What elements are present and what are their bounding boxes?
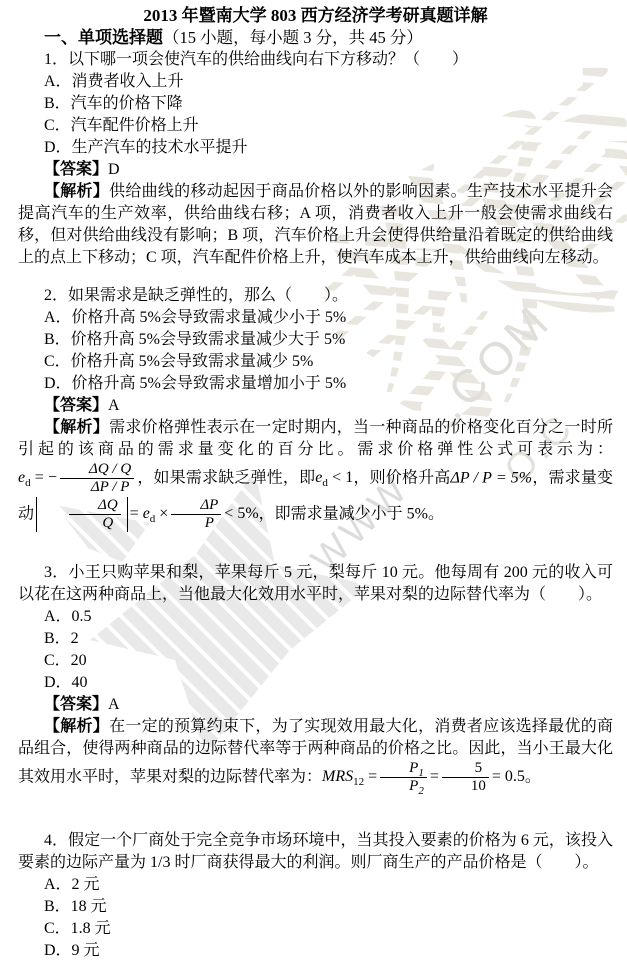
question-4-option-d: D．9 元: [18, 940, 613, 960]
fraction-denominator: 10: [442, 778, 489, 795]
question-2-answer: 【答案】A: [18, 395, 613, 417]
math-sub: d: [322, 478, 328, 490]
question-2-stem: 2．如果需求是缺乏弹性的，那么（ ）。: [18, 285, 613, 307]
fraction-denominator: P2: [380, 778, 427, 795]
question-3-option-c: C．20: [18, 650, 613, 672]
question-4-stem: 4．假定一个厂商处于完全竞争市场环境中，当其投入要素的价格为 6 元，该投入要素…: [18, 830, 613, 874]
question-4-option-c: C．1.8 元: [18, 918, 613, 940]
fraction: P1P2: [380, 760, 427, 796]
inline-math: ΔP / P = 5%: [451, 469, 533, 486]
question-3-answer: 【答案】A: [18, 694, 613, 716]
section-title: 一、单项选择题: [44, 28, 163, 47]
question-4: 4．假定一个厂商处于完全竞争市场环境中，当其投入要素的价格为 6 元，该投入要素…: [18, 830, 613, 960]
analysis-text: ，即需求量减少小于 5%。: [259, 505, 444, 522]
math-op: =: [368, 768, 377, 785]
fraction-denominator: Q: [69, 515, 121, 532]
question-4-option-b: B．18 元: [18, 896, 613, 918]
math-op: < 1: [332, 469, 353, 486]
question-3-stem: 3．小王只购苹果和梨，苹果每斤 5 元，梨每斤 10 元。他每周有 200 元的…: [18, 562, 613, 606]
math-op: ×: [159, 505, 168, 522]
answer-value: A: [108, 397, 120, 414]
question-1-stem: 1．以下哪一项会使汽车的供给曲线向右下方移动？（ ）: [18, 49, 613, 71]
document-page: 2013 年暨南大学 803 西方经济学考研真题详解 一、单项选择题（15 小题…: [0, 0, 627, 960]
question-1-option-a: A．消费者收入上升: [18, 71, 613, 93]
question-3: 3．小王只购苹果和梨，苹果每斤 5 元，梨每斤 10 元。他每周有 200 元的…: [18, 562, 613, 796]
question-1-option-c: C．汽车配件价格上升: [18, 115, 613, 137]
answer-value: A: [108, 696, 120, 713]
question-2-option-a: A．价格升高 5%会导致需求量减少小于 5%: [18, 307, 613, 329]
math-sub: 12: [353, 777, 364, 789]
question-2-option-d: D．价格升高 5%会导致需求量增加小于 5%: [18, 373, 613, 395]
math-sub: d: [25, 478, 31, 490]
section-heading: 一、单项选择题（15 小题，每小题 3 分，共 45 分）: [18, 27, 613, 49]
answer-value: D: [108, 161, 120, 178]
math-op: =: [130, 505, 139, 522]
math-sub: 1: [418, 767, 424, 779]
analysis-text: ，如果需求缺乏弹性，即: [137, 469, 315, 486]
analysis-label: 【解析】: [44, 183, 109, 200]
question-1: 1．以下哪一项会使汽车的供给曲线向右下方移动？（ ） A．消费者收入上升 B．汽…: [18, 49, 613, 269]
math-op: =: [430, 768, 439, 785]
analysis-label: 【解析】: [44, 419, 109, 436]
question-3-option-b: B．2: [18, 628, 613, 650]
question-1-answer: 【答案】D: [18, 159, 613, 181]
fraction-denominator: P: [171, 515, 221, 532]
mrs-formula: MRS12 =P1P2=510= 0.5: [322, 768, 525, 785]
fraction: ΔQ / QΔP / P: [60, 461, 134, 497]
abs-bars: ΔQQ: [36, 497, 128, 533]
answer-label: 【答案】: [44, 696, 108, 713]
question-1-option-d: D．生产汽车的技术水平提升: [18, 137, 613, 159]
question-3-option-d: D．40: [18, 672, 613, 694]
quantity-change-formula: ΔQQ= ed ×ΔPP< 5%: [34, 505, 259, 522]
question-3-analysis: 【解析】在一定的预算约束下，为了实现效用最大化，消费者应该选择最优的商品组合，使…: [18, 716, 613, 796]
analysis-text: ，则价格升高: [353, 469, 450, 486]
math-var: e: [143, 505, 150, 522]
fraction: ΔQQ: [69, 497, 121, 533]
question-2-option-c: C．价格升高 5%会导致需求量减少 5%: [18, 351, 613, 373]
question-3-option-a: A．0.5: [18, 606, 613, 628]
question-2: 2．如果需求是缺乏弹性的，那么（ ）。 A．价格升高 5%会导致需求量减少小于 …: [18, 285, 613, 532]
math-op: < 5%: [224, 505, 258, 522]
answer-label: 【答案】: [44, 397, 108, 414]
question-2-option-b: B．价格升高 5%会导致需求量减少大于 5%: [18, 329, 613, 351]
fraction-numerator: ΔP: [171, 497, 221, 515]
math-var: MRS: [322, 768, 353, 785]
fraction: ΔPP: [171, 497, 221, 533]
question-2-analysis: 【解析】需求价格弹性表示在一定时期内，当一种商品的价格变化百分之一时所引起的该商…: [18, 417, 613, 532]
inline-math: ed < 1: [315, 469, 353, 486]
math-expr: ΔP / P = 5%: [451, 469, 533, 486]
fraction: 510: [442, 760, 489, 796]
answer-label: 【答案】: [44, 161, 108, 178]
math-sub: d: [150, 513, 156, 525]
analysis-label: 【解析】: [44, 718, 109, 735]
page-title: 2013 年暨南大学 803 西方经济学考研真题详解: [18, 5, 613, 27]
fraction-numerator: ΔQ: [69, 497, 121, 515]
math-sub: 2: [418, 785, 424, 797]
fraction-numerator: ΔQ / Q: [60, 461, 134, 479]
math-var: P: [409, 760, 418, 776]
fraction-numerator: 5: [442, 760, 489, 778]
elasticity-formula: ed = −ΔQ / QΔP / P: [18, 469, 137, 486]
section-info: （15 小题，每小题 3 分，共 45 分）: [163, 28, 423, 47]
fraction-numerator: P1: [380, 760, 427, 778]
math-op: = 0.5: [492, 768, 525, 785]
question-1-analysis: 【解析】供给曲线的移动起因于商品价格以外的影响因素。生产技术水平提升会提高汽车的…: [18, 181, 613, 269]
math-var: P: [409, 778, 418, 794]
fraction-denominator: ΔP / P: [60, 479, 134, 496]
analysis-text: 。: [525, 768, 541, 785]
question-4-option-a: A．2 元: [18, 874, 613, 896]
math-op: = −: [35, 469, 57, 486]
question-1-option-b: B．汽车的价格下降: [18, 93, 613, 115]
